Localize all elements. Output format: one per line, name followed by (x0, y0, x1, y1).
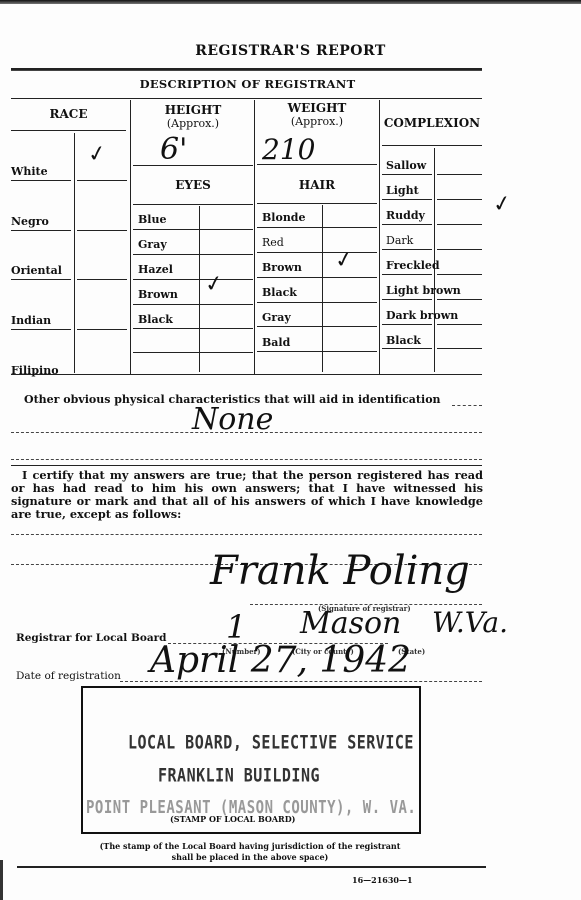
row-rule (133, 328, 253, 329)
local-board-label: Registrar for Local Board (16, 632, 167, 644)
height-rule (133, 165, 253, 166)
row-rule (257, 277, 377, 278)
stamp-caption: (STAMP OF LOCAL BOARD) (170, 814, 295, 824)
row-rule (382, 199, 432, 200)
row-rule (257, 326, 377, 327)
registration-date-label: Date of registration (16, 670, 121, 682)
race-option-oriental: Oriental (11, 264, 62, 277)
row-rule (11, 279, 71, 280)
race-header-rule (11, 130, 126, 131)
row-rule (437, 324, 482, 325)
table-bottom-rule (11, 374, 482, 375)
race-option-negro: Negro (11, 215, 49, 228)
eyes-option-hazel: Hazel (138, 263, 173, 276)
row-rule (382, 348, 432, 349)
board-state: W.Va. (432, 606, 508, 639)
hair-check-mark: ✓ (333, 247, 355, 275)
eyes-check-mark: ✓ (203, 271, 225, 299)
complexion-header-rule (382, 145, 482, 146)
race-check-mark: ✓ (86, 141, 108, 169)
hair-option-bald: Bald (262, 336, 290, 349)
section-rule (11, 465, 482, 466)
row-rule (437, 174, 482, 175)
height-value: 6' (160, 132, 187, 167)
row-rule (437, 224, 482, 225)
registrar-signature: Frank Poling (210, 548, 470, 594)
weight-sub: (Approx.) (257, 115, 377, 128)
race-option-filipino: Filipino (11, 364, 59, 377)
weight-header: WEIGHT (257, 101, 377, 115)
row-rule (257, 302, 377, 303)
row-rule (257, 227, 377, 228)
row-rule (437, 299, 482, 300)
hair-option-blonde: Blonde (262, 211, 306, 224)
row-rule (257, 351, 377, 352)
height-header: HEIGHT (133, 103, 253, 117)
complexion-header: COMPLEXION (382, 116, 482, 130)
row-rule (133, 279, 253, 280)
race-check-divider (74, 133, 75, 373)
dotted-line (11, 459, 482, 460)
row-rule (11, 329, 71, 330)
eyes-check-divider (199, 206, 200, 372)
certification-text: I certify that my answers are true; that… (11, 469, 483, 521)
hair-option-gray: Gray (262, 311, 291, 324)
form-number: 16—21630—1 (352, 875, 413, 885)
complexion-option-dark: Dark (386, 234, 413, 247)
hair-option-black: Black (262, 286, 297, 299)
complexion-option-light-brown: Light brown (386, 284, 461, 297)
eyes-header-rule (133, 204, 253, 205)
stamp-note-line-2: shall be placed in the above space) (80, 852, 420, 862)
complexion-option-black: Black (386, 334, 421, 347)
hair-option-brown: Brown (262, 261, 302, 274)
eyes-option-blue: Blue (138, 213, 166, 226)
row-rule (11, 230, 71, 231)
col-divider (379, 100, 380, 374)
complexion-option-light: Light (386, 184, 419, 197)
stamp-line-1: LOCAL BOARD, SELECTIVE SERVICE (128, 731, 414, 754)
row-rule (11, 180, 71, 181)
stamp-line-2: FRANKLIN BUILDING (158, 764, 320, 787)
race-option-white: White (11, 165, 48, 178)
eyes-header: EYES (133, 178, 253, 192)
hair-header: HAIR (257, 178, 377, 192)
row-rule (133, 304, 253, 305)
hair-check-divider (322, 205, 323, 372)
bottom-rule (17, 866, 486, 868)
row-rule (382, 274, 432, 275)
eyes-option-black: Black (138, 313, 173, 326)
height-sub: (Approx.) (133, 117, 253, 130)
row-rule (382, 174, 432, 175)
row-rule (133, 352, 253, 353)
complexion-option-ruddy: Ruddy (386, 209, 425, 222)
dotted-line (11, 534, 482, 535)
board-county: Mason (300, 606, 401, 641)
form-subtitle: DESCRIPTION OF REGISTRANT (0, 77, 495, 91)
complexion-option-dark-brown: Dark brown (386, 309, 458, 322)
row-rule (382, 299, 432, 300)
eyes-option-gray: Gray (138, 238, 167, 251)
race-option-indian: Indian (11, 314, 51, 327)
weight-value: 210 (262, 133, 315, 166)
row-rule (133, 229, 253, 230)
table-top-rule (11, 98, 482, 99)
dotted-line (120, 681, 482, 682)
dotted-line (452, 405, 482, 406)
complexion-check-mark: ✓ (491, 191, 513, 219)
row-rule (77, 230, 127, 231)
scan-top-edge (0, 0, 581, 4)
col-divider (254, 100, 255, 374)
title-rule (11, 68, 482, 71)
hair-option-red: Red (262, 236, 284, 249)
hair-header-rule (257, 203, 377, 204)
row-rule (77, 180, 127, 181)
eyes-option-brown: Brown (138, 288, 178, 301)
race-header: RACE (11, 107, 126, 121)
weight-rule (257, 164, 377, 165)
col-divider (130, 100, 131, 374)
row-rule (77, 279, 127, 280)
row-rule (382, 324, 432, 325)
row-rule (382, 249, 432, 250)
scan-left-edge (0, 860, 3, 900)
row-rule (437, 249, 482, 250)
row-rule (437, 348, 482, 349)
row-rule (257, 252, 377, 253)
complexion-option-sallow: Sallow (386, 159, 426, 172)
stamp-note-line-1: (The stamp of the Local Board having jur… (80, 841, 420, 851)
row-rule (133, 254, 253, 255)
row-rule (437, 199, 482, 200)
complexion-option-freckled: Freckled (386, 259, 440, 272)
form-title: REGISTRAR'S REPORT (0, 43, 581, 59)
registration-date-value: April 27, 1942 (150, 640, 411, 681)
row-rule (77, 329, 127, 330)
row-rule (382, 224, 432, 225)
row-rule (437, 274, 482, 275)
dotted-line (11, 432, 482, 433)
